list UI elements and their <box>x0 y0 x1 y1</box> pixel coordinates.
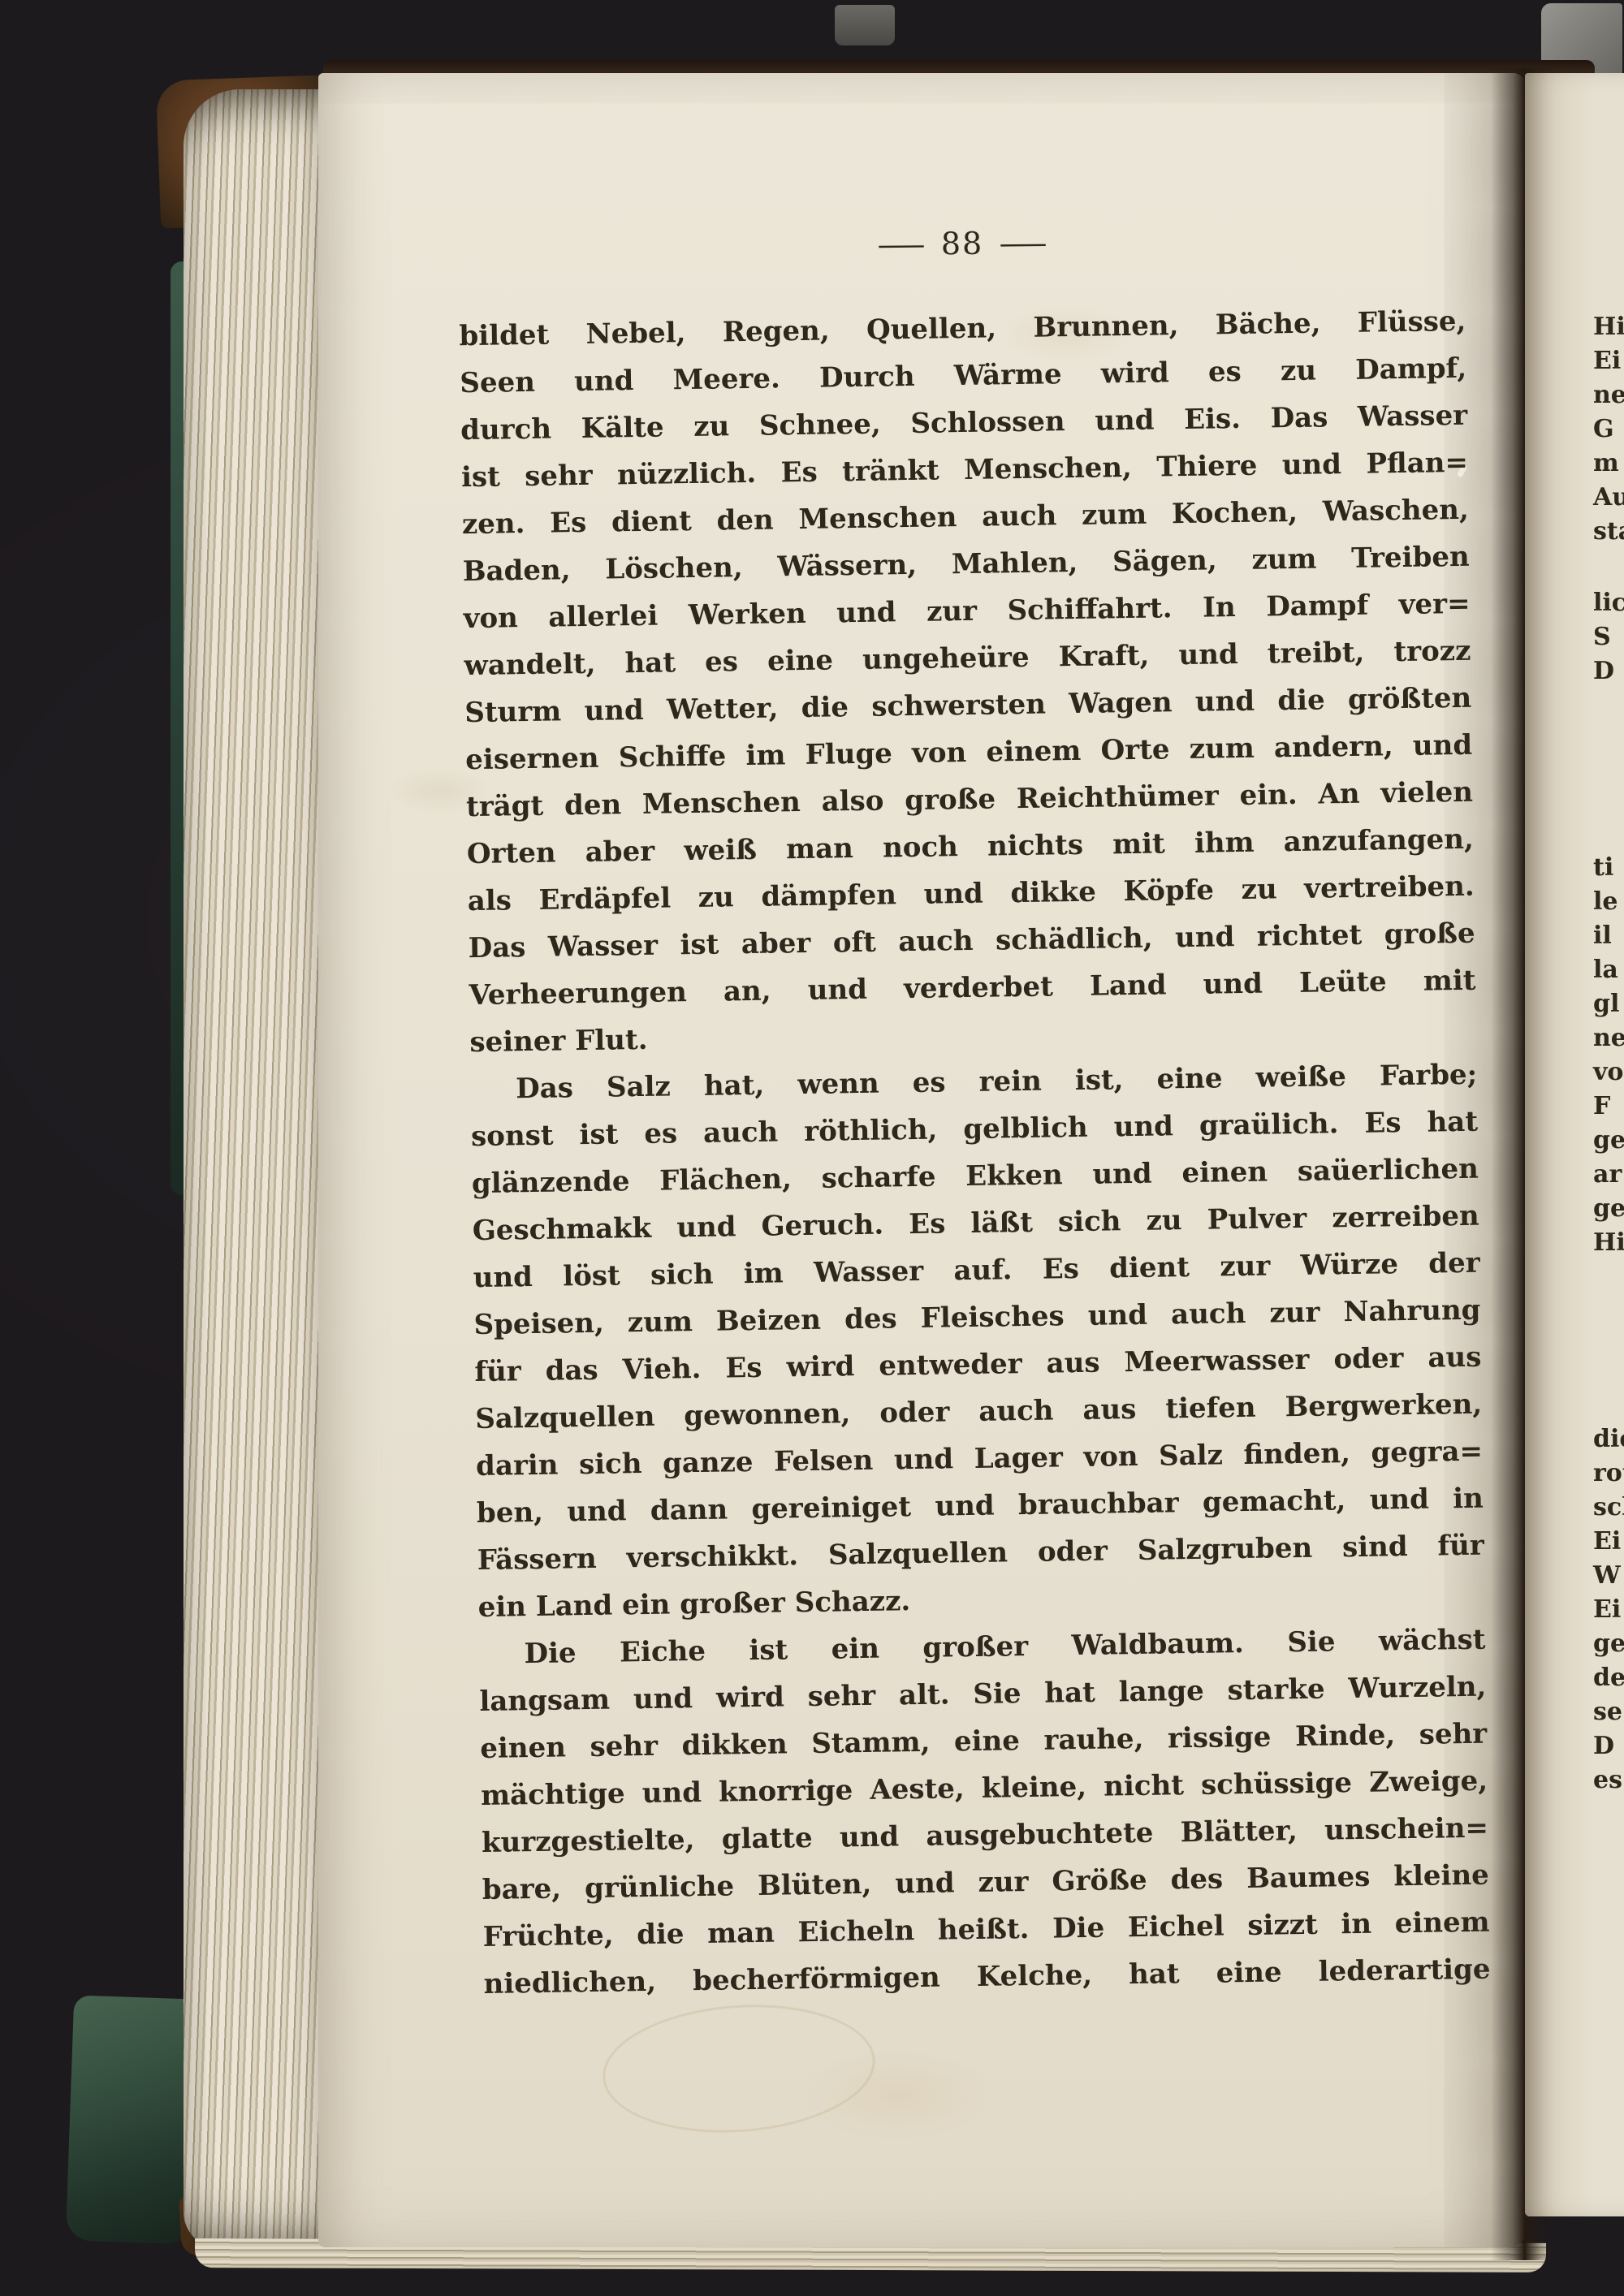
text-fragment: Ei <box>1593 1525 1624 1559</box>
text-fragment: de <box>1593 1661 1624 1695</box>
cover-green-corner <box>66 1995 197 2244</box>
fragment-group: tileillaglnevoFgeargeHi <box>1593 851 1624 1260</box>
text-fragment: le <box>1593 885 1624 919</box>
paragraph: Das Salz hat, wenn es rein ist, eine wei… <box>470 1051 1485 1631</box>
text-fragment: la <box>1593 953 1624 987</box>
paragraph: bildet Nebel, Regen, Quellen, Brunnen, B… <box>459 298 1477 1066</box>
text-fragment: die <box>1593 1422 1624 1457</box>
text-fragment: Hi <box>1593 1226 1624 1260</box>
facing-page-fragments: HiEineGmAustalicSDtileillaglnevoFgeargeH… <box>1593 310 1624 1798</box>
header-dash: — <box>999 225 1048 261</box>
fragment-group: licSD <box>1593 586 1624 688</box>
text-fragment: Au <box>1593 481 1624 515</box>
text-fragment: ti <box>1593 851 1624 885</box>
text-fragment: lic <box>1593 586 1624 620</box>
header-dash: — <box>876 226 926 262</box>
text-fragment: gl <box>1593 987 1624 1021</box>
fragment-group: HiEineGmAusta <box>1593 310 1624 549</box>
text-fragment: D <box>1593 1729 1624 1763</box>
text-fragment: ge <box>1593 1192 1624 1226</box>
paragraph: Die Eiche ist ein großer Waldbaum. Sie w… <box>478 1616 1491 2008</box>
scanner-clamp-icon <box>835 5 895 45</box>
text-fragment: Ei <box>1593 344 1624 378</box>
text-fragment: es <box>1593 1763 1624 1798</box>
text-fragment: m <box>1593 447 1624 481</box>
text-fragment: G <box>1593 412 1624 447</box>
ring-stain <box>598 1996 879 2141</box>
fragment-group: dierotschEiWEigedeseDes <box>1593 1422 1624 1798</box>
text-fragment: rot <box>1593 1457 1624 1491</box>
facing-page-sliver: HiEineGmAustalicSDtileillaglnevoFgeargeH… <box>1525 73 1624 2216</box>
text-fragment: se <box>1593 1695 1624 1729</box>
page-stack-fore-edge <box>184 89 323 2249</box>
text-fragment: ne <box>1593 1021 1624 1055</box>
text-fragment: ne <box>1593 378 1624 412</box>
text-fragment: vo <box>1593 1055 1624 1090</box>
text-fragment: ge <box>1593 1627 1624 1661</box>
page-header: —88— <box>459 221 1466 267</box>
page-number: 88 <box>941 226 984 262</box>
text-fragment: F <box>1593 1090 1624 1124</box>
book-page: —88— bildet Nebel, Regen, Quellen, Brunn… <box>318 73 1525 2247</box>
text-fragment: S <box>1593 620 1624 654</box>
text-fragment: il <box>1593 919 1624 953</box>
text-fragment: ar <box>1593 1158 1624 1192</box>
text-fragment: D <box>1593 654 1624 688</box>
text-fragment: Ei <box>1593 1593 1624 1627</box>
text-fragment: W <box>1593 1559 1624 1593</box>
text-block: bildet Nebel, Regen, Quellen, Brunnen, B… <box>459 298 1491 2008</box>
text-fragment: Hi <box>1593 310 1624 344</box>
text-fragment: ge <box>1593 1124 1624 1158</box>
text-fragment: sta <box>1593 515 1624 549</box>
text-fragment: sch <box>1593 1491 1624 1525</box>
scanner-background: —88— bildet Nebel, Regen, Quellen, Brunn… <box>0 0 1624 2296</box>
